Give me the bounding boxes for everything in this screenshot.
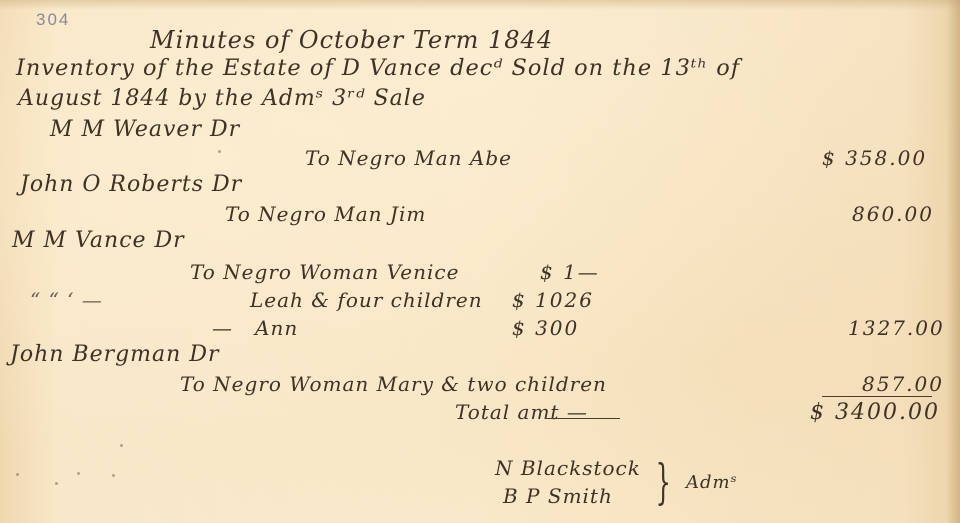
ditto-marks: “ “ ‘ —: [30, 288, 103, 312]
intro-line-1: Inventory of the Estate of D Vance decᵈ …: [16, 56, 740, 81]
signature-brace: }: [656, 458, 671, 506]
page-heading: Minutes of October Term 1844: [150, 26, 553, 54]
line-amount-venice: $ 1—: [540, 260, 600, 284]
item-description-abe: To Negro Man Abe: [305, 146, 512, 170]
paper-speck: [218, 150, 221, 153]
line-amount-ann: $ 300: [512, 316, 579, 340]
signature-blackstock: N Blackstock: [495, 456, 641, 480]
paper-speck: [16, 473, 19, 476]
total-amount-vance: 1327.00: [848, 316, 945, 340]
page-number: 304: [36, 10, 70, 30]
debtor-name-vance: M M Vance Dr: [12, 228, 185, 253]
signature-smith: B P Smith: [503, 484, 613, 508]
total-leader-line: [545, 418, 620, 419]
item-description-jim: To Negro Man Jim: [225, 202, 426, 226]
intro-line-2: August 1844 by the Admˢ 3ʳᵈ Sale: [18, 86, 426, 111]
paper-speck: [77, 472, 80, 475]
total-amount-roberts: 860.00: [852, 202, 934, 226]
item-description-venice: To Negro Woman Venice: [190, 260, 459, 284]
administrator-role: Admˢ: [686, 472, 738, 493]
total-label: Total amt —: [455, 400, 588, 424]
ledger-page: 304 Minutes of October Term 1844 Invento…: [0, 0, 960, 523]
item-description-ann: Ann: [255, 316, 298, 340]
paper-speck: [55, 482, 58, 485]
line-amount-leah: $ 1026: [512, 288, 594, 312]
grand-total: $ 3400.00: [810, 400, 940, 425]
total-amount-bergman: 857.00: [862, 372, 944, 396]
debtor-name-weaver: M M Weaver Dr: [50, 117, 240, 142]
paper-speck: [112, 474, 115, 477]
debtor-name-bergman: John Bergman Dr: [10, 342, 219, 367]
total-amount-weaver: $ 358.00: [822, 146, 927, 170]
sum-underline: [822, 396, 932, 397]
paper-speck: [120, 444, 123, 447]
debtor-name-roberts: John O Roberts Dr: [20, 172, 242, 197]
ditto-dash: —: [212, 316, 233, 340]
item-description-mary: To Negro Woman Mary & two children: [180, 372, 607, 396]
item-description-leah: Leah & four children: [250, 288, 483, 312]
